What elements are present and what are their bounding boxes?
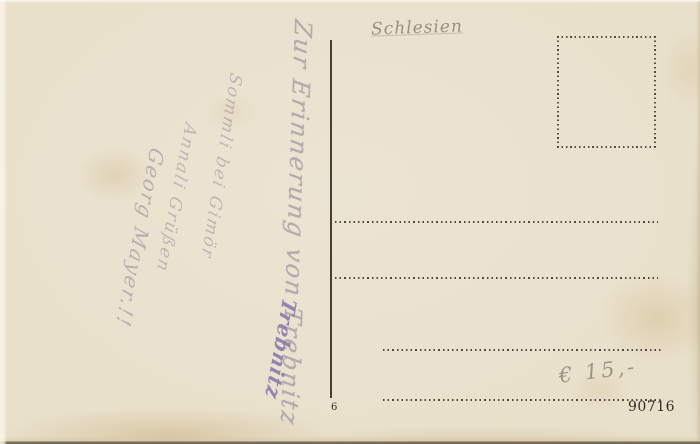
divider-line [330, 40, 332, 398]
serial-number: 90716 [628, 399, 675, 415]
stamp-box [557, 36, 656, 148]
address-line-1 [335, 221, 658, 223]
price-note: € 15,- [547, 353, 649, 389]
pencil-note-schlesien: Schlesien [362, 16, 473, 40]
plate-number: 6 [331, 402, 337, 413]
postcard-back: Schlesien Zur Erinnerung von Trebnitz So… [0, 0, 700, 444]
stamp-box-edge-right [654, 36, 656, 148]
stamp-box-edge-bottom [557, 146, 656, 148]
address-line-3 [383, 349, 661, 351]
stamp-box-edge-top [557, 36, 656, 38]
stamp-box-edge-left [557, 36, 559, 148]
address-line-4 [383, 399, 661, 401]
address-line-2 [335, 277, 658, 279]
